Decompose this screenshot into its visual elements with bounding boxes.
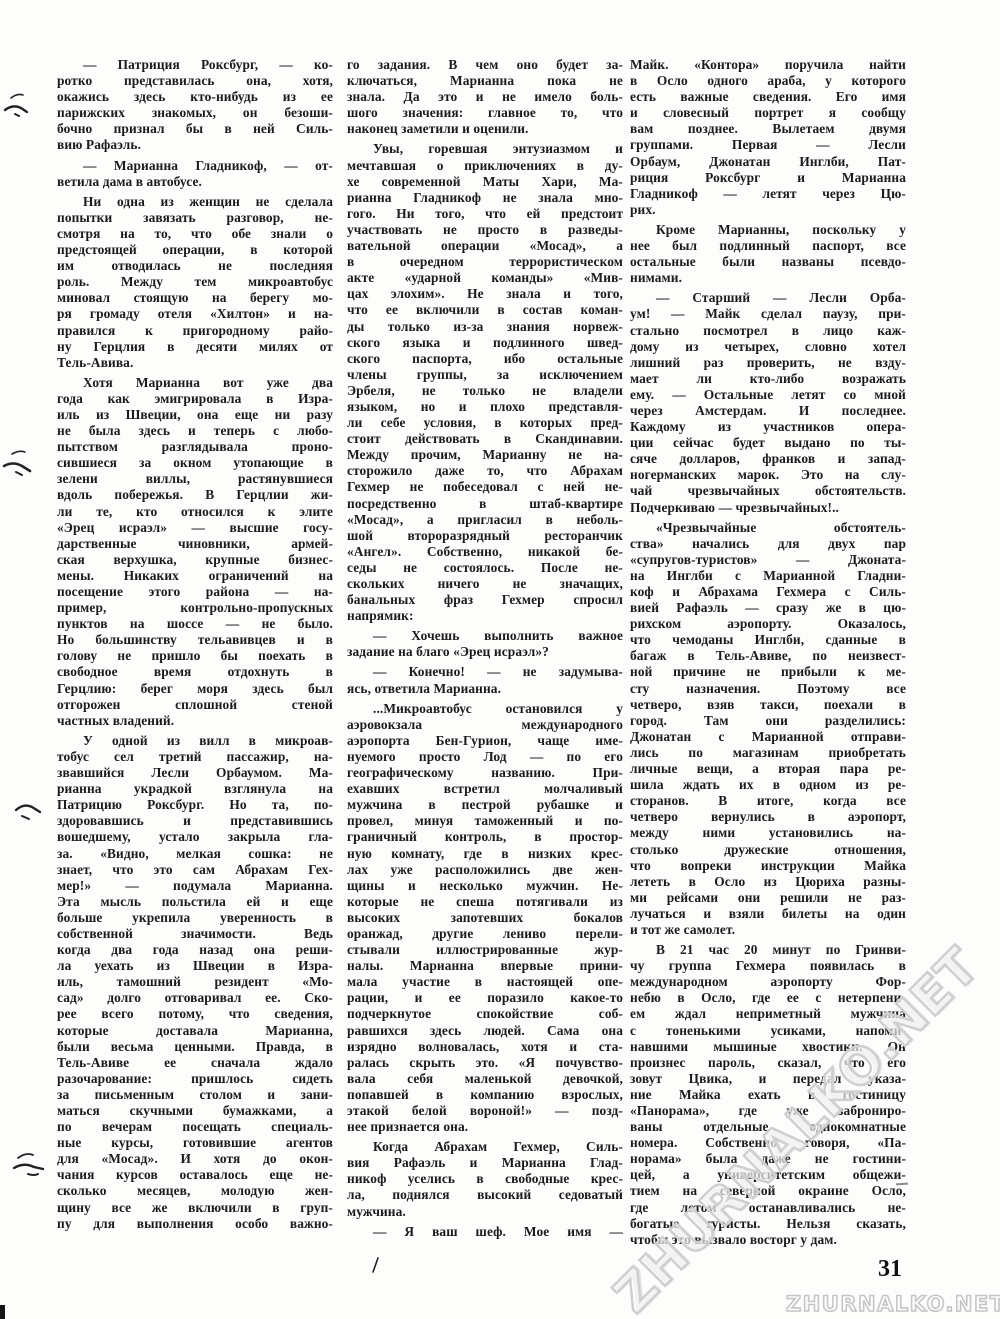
text-line: отгорожен сплошной стеной [57, 697, 333, 713]
text-line: лишний раз проверить, не взду- [630, 355, 906, 371]
text-line: нее признается она. [347, 1119, 623, 1135]
text-line: аэровокзала международного [347, 717, 623, 733]
text-line: попавшей в компанию взрослых, [347, 1087, 623, 1103]
text-line: стально посмотрел в лицо каж- [630, 323, 906, 339]
text-line: Кроме Марианны, поскольку у [630, 222, 906, 238]
text-line: что ее включили в состав коман- [347, 302, 623, 318]
text-line: напрямик: [347, 608, 623, 624]
text-line: ли себе условия, в которых пред- [347, 415, 623, 431]
text-line: «Мосад», а пригласил в неболь- [347, 512, 623, 528]
text-line: ногерманских марок. Это на слу- [630, 467, 906, 483]
text-line: ной причине не прибыли к ме- [630, 664, 906, 680]
text-line: и тот же самолет. [630, 922, 906, 938]
text-line: были весьма ценными. Правда, в [57, 1039, 333, 1055]
text-line: коф и Абрахама Гехмера с Силь- [630, 584, 906, 600]
ink-mark [12, 1148, 54, 1182]
text-line: скольких ничего не значащих, [347, 576, 623, 592]
text-line: В 21 час 20 минут по Гринви- [630, 942, 906, 958]
ink-mark [2, 448, 42, 480]
paragraph: Ни одна из женщин не сделалапопытки завя… [57, 194, 333, 371]
text-line: есть важные сведения. Его имя [630, 89, 906, 105]
text-line: «Ангел». Собственно, никакой бе- [347, 544, 623, 560]
text-line: дарственные чиновники, армей- [57, 536, 333, 552]
text-line: и словесный портрет я сообщу [630, 105, 906, 121]
text-line: Эрбеля, не только не владели [347, 383, 623, 399]
paragraph: Когда Абрахам Гехмер, Силь-вия Рафаэль и… [347, 1139, 623, 1219]
text-line: звавшийся Лесли Орбаумом. Ма- [57, 765, 333, 781]
text-line: нуемого просто Лод — по его [347, 749, 623, 765]
text-line: нее был подлинный паспорт, все [630, 238, 906, 254]
text-line: наконец заметили и оценили. [347, 121, 623, 137]
text-line: этакой белой вороной!» — позд- [347, 1103, 623, 1119]
text-line: нимами. [630, 270, 906, 286]
text-line: вам позднее. Вылетаем двумя [630, 121, 906, 137]
text-line: Герцлию: берег моря здесь был [57, 681, 333, 697]
text-line: изрядно волновалась, хотя и ста- [347, 1039, 623, 1055]
text-line: го задания. В чем оно будет за- [347, 57, 623, 73]
text-line: — Конечно! — не задумыва- [347, 664, 623, 680]
paragraph: ...Микроавтобус остановился уаэровокзала… [347, 701, 623, 1136]
text-line: город. Там они разделились: [630, 713, 906, 729]
text-line: мала участие в настоящей опе- [347, 974, 623, 990]
text-line: чай чрезвычайных обстоятельств. [630, 483, 906, 499]
text-line: личные вещи, а вторая пара ре- [630, 761, 906, 777]
text-column-1: — Патриция Роксбург, — ко-ротко представ… [57, 57, 333, 1232]
paragraph: Хотя Марианна вот уже двагода как эмигри… [57, 375, 333, 729]
text-line: парижских знакомых, он безоши- [57, 105, 333, 121]
text-line: ротко представилась она, хотя, [57, 73, 333, 89]
text-line: международном аэропорту Фор- [630, 974, 906, 990]
text-line: чания курсов оставалось еще не- [57, 1167, 333, 1183]
text-line: которые не спеша потягивали из [347, 894, 623, 910]
text-line: задание на благо «Эрец исраэл»? [347, 644, 623, 660]
text-line: лись по магазинам приобретать [630, 745, 906, 761]
text-line: за письменным столом и зани- [57, 1087, 333, 1103]
text-line: мер!» — подумала Марианна. [57, 878, 333, 894]
text-line: роль. Между тем микроавтобус [57, 274, 333, 290]
text-line: ря громаду отеля «Хилтон» и на- [57, 306, 333, 322]
text-line: вией Рафаэль — сразу же в цю- [630, 600, 906, 616]
text-line: ли те, кто относился к элите [57, 504, 333, 520]
text-line: маться скучными бумажками, а [57, 1103, 333, 1119]
text-line: сту назначения. Поэтому все [630, 681, 906, 697]
text-column-2: го задания. В чем оно будет за-ключаться… [347, 57, 623, 1240]
text-line: — Я ваш шеф. Мое имя — [347, 1224, 623, 1240]
text-line: Тель-Авива. [57, 355, 333, 371]
ink-mark [3, 90, 39, 120]
text-line: сившиеся за окном утопающие в [57, 455, 333, 471]
text-line: седы не состоялось. После не- [347, 560, 623, 576]
text-line: сторанов. В итоге, когда все [630, 793, 906, 809]
text-line: что вопреки инструкции Майка [630, 858, 906, 874]
text-line: щины и несколько мужчин. Не- [347, 878, 623, 894]
text-line: рианна Гладникоф не знала мно- [347, 190, 623, 206]
text-line: между ними установились на- [630, 825, 906, 841]
text-line: тобус сел третий пассажир, на- [57, 749, 333, 765]
text-line: вию Рафаэль. [57, 137, 333, 153]
text-line: Хотя Марианна вот уже два [57, 375, 333, 391]
text-line: банальных фраз Гехмер спросил [347, 592, 623, 608]
text-line: что чемоданы Инглби, сданные в [630, 632, 906, 648]
text-line: хе современной Маты Хари, Ма- [347, 174, 623, 190]
text-line: географическому названию. При- [347, 765, 623, 781]
text-line: для «Мосад». И хотя до окон- [57, 1151, 333, 1167]
text-line: мужчина. [347, 1204, 623, 1220]
text-line: пытством разглядывала проно- [57, 439, 333, 455]
text-line: столько дружеские отношения, [630, 842, 906, 858]
text-line: Патрицию Роксбург. Но та, по- [57, 797, 333, 813]
text-line: на Инглби с Марианной Гладни- [630, 568, 906, 584]
text-line: ская верхушка, крупные бизнес- [57, 552, 333, 568]
text-line: Каждому из участников опера- [630, 419, 906, 435]
text-line: ные курсы, готовившие агентов [57, 1135, 333, 1151]
text-line: когда два года назад она реши- [57, 942, 333, 958]
text-line: года как эмигрировала в Изра- [57, 391, 333, 407]
text-line: пример, контрольно-пропускных [57, 600, 333, 616]
text-line: лететь в Осло из Цюриха разны- [630, 874, 906, 890]
text-line: участвовать не просто в разведы- [347, 222, 623, 238]
text-line: вия Рафаэль и Марианна Глад- [347, 1155, 623, 1171]
text-line: попытки завязать разговор, не- [57, 210, 333, 226]
text-line: вала себя маленькой девочкой, [347, 1071, 623, 1087]
paragraph: Увы, горевшая энтузиазмом имечтавшая о п… [347, 141, 623, 624]
text-line: «Эрец исраэл» — высшие госу- [57, 520, 333, 536]
text-line: четверо вернулись в аэропорт, [630, 809, 906, 825]
text-line: чу группа Гехмера появилась в [630, 958, 906, 974]
ink-mark [12, 798, 46, 824]
text-line: налы. Марианна впервые прини- [347, 958, 623, 974]
text-line: ехавших встретил молчаливый [347, 781, 623, 797]
paragraph: — Конечно! — не задумыва-ясь, ответила М… [347, 664, 623, 696]
text-line: больше укрепила уверенность в [57, 910, 333, 926]
text-line: аэропорта Бен-Гурион, чаще име- [347, 733, 623, 749]
text-line: свободное время отдохнуть в [57, 664, 333, 680]
text-line: рианна украдкой взглянула на [57, 781, 333, 797]
text-line: акте «ударной команды» «Мив- [347, 270, 623, 286]
text-line: ла, поднялся высокий седоватый [347, 1187, 623, 1203]
text-line: сад» долго отговаривал ее. Ско- [57, 990, 333, 1006]
text-line: — Старший — Лесли Орба- [630, 290, 906, 306]
text-line: дому из четырех, словно хотел [630, 339, 906, 355]
text-line: стоит действовать в Скандинавии. [347, 431, 623, 447]
text-line: зелени виллы, растянувшиеся [57, 471, 333, 487]
text-line: предстоящей операции, в которой [57, 242, 333, 258]
text-line: Эта мысль польстила ей и еще [57, 894, 333, 910]
text-line: мужчина в пестрой рубашке и [347, 797, 623, 813]
text-line: рихском аэропорту. Оказалось, [630, 616, 906, 632]
text-line: знала. Да это и не имело боль- [347, 89, 623, 105]
text-line: мает ли кто-либо возражать [630, 371, 906, 387]
text-line: оранжад, другие лениво перели- [347, 926, 623, 942]
text-line: сяче долларов, франков и запад- [630, 451, 906, 467]
margin-dash-mark [896, 1183, 908, 1186]
text-line: Между прочим, Марианну не на- [347, 447, 623, 463]
text-line: которые доставала Марианна, [57, 1023, 333, 1039]
text-line: иль из Швеции, она еще ни разу [57, 407, 333, 423]
text-line: Ни одна из женщин не сделала [57, 194, 333, 210]
paragraph: — Хочешь выполнить важноезадание на благ… [347, 628, 623, 660]
text-line: ства» начались для двух пар [630, 536, 906, 552]
text-line: ему. — Остальные летят со мной [630, 387, 906, 403]
text-line: лучаться и взяли билеты на один [630, 906, 906, 922]
text-line: Гехмер не побеседовал с ней не- [347, 479, 623, 495]
text-line: ла уехать из Швеции в Изра- [57, 958, 333, 974]
text-line: члены группы, за исключением [347, 367, 623, 383]
text-line: подчеркнутое спокойствие соб- [347, 1006, 623, 1022]
text-line: группами. Первая — Лесли [630, 137, 906, 153]
text-line: Гладникоф — летят через Цю- [630, 186, 906, 202]
text-line: Орбаум, Джонатан Инглби, Пат- [630, 154, 906, 170]
text-line: лах уже расположились две жен- [347, 862, 623, 878]
text-line: пунктов на шоссе — не было. [57, 616, 333, 632]
text-line: Джонатан с Марианной отправи- [630, 729, 906, 745]
paragraph: Майк. «Контора» поручила найтив Осло одн… [630, 57, 906, 218]
bottom-watermark: ZHURNALKO.NET [786, 1292, 1000, 1316]
scan-edge-artifact [0, 1305, 5, 1319]
text-line: рих. [630, 202, 906, 218]
text-line: пу для выполнения особо важно- [57, 1216, 333, 1232]
text-line: за. «Видно, мелкая сошка: не [57, 846, 333, 862]
text-line: бочно признал бы в ней Силь- [57, 121, 333, 137]
text-line: окажись здесь кто-нибудь из ее [57, 89, 333, 105]
text-line: шила ждать их в одном из ре- [630, 777, 906, 793]
text-line: вательной операции «Мосад», а [347, 238, 623, 254]
text-line: знает, что это сам Абрахам Гех- [57, 862, 333, 878]
text-line: посещение этого района — на- [57, 584, 333, 600]
text-line: — Хочешь выполнить важное [347, 628, 623, 644]
text-line: риция Роксбург и Марианна [630, 170, 906, 186]
text-line: Майк. «Контора» поручила найти [630, 57, 906, 73]
paragraph: — Марианна Гладникоф, — от-ветила дама в… [57, 158, 333, 190]
text-line: вошедшему, устало закрыла гла- [57, 829, 333, 845]
text-line: им отводилась не последняя [57, 258, 333, 274]
paragraph: — Старший — Лесли Орба-ум! — Майк сделал… [630, 290, 906, 515]
text-line: разочарование: пришлось сидеть [57, 1071, 333, 1087]
text-line: ...Микроавтобус остановился у [347, 701, 623, 717]
text-line: ского паспорта, ибо остальные [347, 351, 623, 367]
text-line: здоровавшись и представившись [57, 813, 333, 829]
text-line: ды только из-за знания норвеж- [347, 319, 623, 335]
text-line: частных владений. [57, 713, 333, 729]
text-line: в очередном террористическом [347, 254, 623, 270]
text-line: по вечерам посещать специаль- [57, 1119, 333, 1135]
text-line: ключаться, Марианна пока не [347, 73, 623, 89]
text-line: голову не пришло бы поехать в [57, 648, 333, 664]
text-line: миновал стоящую на берегу мо- [57, 290, 333, 306]
text-line: ции сейчас будет выдано по ты- [630, 435, 906, 451]
text-line: через Амстердам. И последнее. [630, 403, 906, 419]
text-line: Но большинству тельавивцев и в [57, 632, 333, 648]
text-line: четверо, взяв такси, поехали в [630, 697, 906, 713]
text-line: — Марианна Гладникоф, — от- [57, 158, 333, 174]
text-line: вдоль побережья. В Герцлии жи- [57, 487, 333, 503]
text-line: багаж в Тель-Авиве, по неизвест- [630, 648, 906, 664]
text-line: ную комнату, где в низких крес- [347, 846, 623, 862]
scanned-magazine-page: — Патриция Роксбург, — ко-ротко представ… [0, 0, 1000, 1319]
text-line: языком, но и плохо представля- [347, 399, 623, 415]
paragraph: го задания. В чем оно будет за-ключаться… [347, 57, 623, 137]
text-line: иль, тамошний резидент «Мо- [57, 974, 333, 990]
text-line: правился к пригородному райо- [57, 323, 333, 339]
text-line: ясь, ответила Марианна. [347, 681, 623, 697]
text-line: никоф уселись в свободные крес- [347, 1171, 623, 1187]
text-line: ского языка и подлинного швед- [347, 335, 623, 351]
text-line: У одной из вилл в микроав- [57, 733, 333, 749]
text-line: смотря на то, что обе знали о [57, 226, 333, 242]
text-line: в Осло одного араба, у которого [630, 73, 906, 89]
text-line: рее всего потому, что сведения, [57, 1006, 333, 1022]
paragraph: — Я ваш шеф. Мое имя — [347, 1224, 623, 1240]
text-line: — Патриция Роксбург, — ко- [57, 57, 333, 73]
text-line: шого значения: главное то, что [347, 105, 623, 121]
text-line: Когда Абрахам Гехмер, Силь- [347, 1139, 623, 1155]
text-line: ну Герцлия в десяти милях от [57, 339, 333, 355]
text-line: сколько месяцев, молодую жен- [57, 1183, 333, 1199]
text-line: шой второразрядный ресторанчик [347, 528, 623, 544]
text-line: ралась скрыть это. «Я почувство- [347, 1055, 623, 1071]
text-line: Тель-Авиве ее сначала ждало [57, 1055, 333, 1071]
text-line: «Чрезвычайные обстоятель- [630, 520, 906, 536]
text-line: щину все же включили в груп- [57, 1200, 333, 1216]
text-line: ми рейсами они решили не раз- [630, 890, 906, 906]
text-line: стывали иллюстрированные жур- [347, 942, 623, 958]
text-line: «супругов-туристов» — Джоната- [630, 552, 906, 568]
text-line: граничный контроль, в простор- [347, 829, 623, 845]
text-line: мечтавшая о приключениях в ду- [347, 158, 623, 174]
text-line: провел, минуя таможенный и по- [347, 813, 623, 829]
text-line: сторожило даже то, что Абрахам [347, 463, 623, 479]
text-line: Подчеркиваю — чрезвычайных!.. [630, 500, 906, 516]
text-line: не была здесь и теперь с любо- [57, 423, 333, 439]
paragraph: У одной из вилл в микроав-тобус сел трет… [57, 733, 333, 1232]
text-line: цах элохим». Не знала и того, [347, 286, 623, 302]
text-line: остальные были названы псевдо- [630, 254, 906, 270]
paragraph: Кроме Марианны, поскольку унее был подли… [630, 222, 906, 286]
page-number: 31 [860, 1256, 920, 1283]
text-line: небю в Осло, где ее с нетерпени- [630, 990, 906, 1006]
text-line: ум! — Майк сделал паузу, при- [630, 306, 906, 322]
ink-mark [369, 1256, 381, 1274]
paragraph: «Чрезвычайные обстоятель-ства» начались … [630, 520, 906, 938]
paragraph: — Патриция Роксбург, — ко-ротко представ… [57, 57, 333, 154]
text-line: ветила дама в автобусе. [57, 174, 333, 190]
text-line: посредственно в штаб-квартире [347, 496, 623, 512]
text-line: равшихся здесь людей. Сама она [347, 1023, 623, 1039]
text-line: Увы, горевшая энтузиазмом и [347, 141, 623, 157]
text-line: высоких запотевших бокалов [347, 910, 623, 926]
text-line: гого. Ни того, что ей предстоит [347, 206, 623, 222]
text-line: рации, и ее поразило какое-то [347, 990, 623, 1006]
text-line: мены. Никаких ограничений на [57, 568, 333, 584]
text-line: собственной значимости. Ведь [57, 926, 333, 942]
